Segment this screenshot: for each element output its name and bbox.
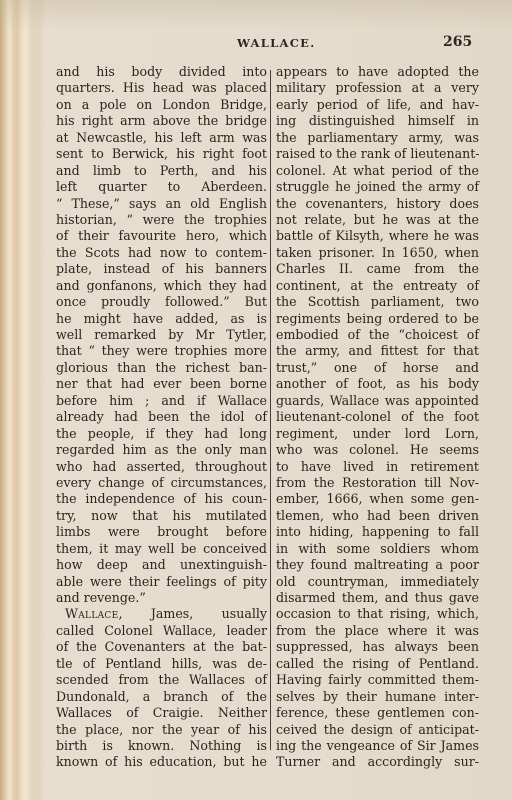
text-line: lieutenant-colonel of the foot [276, 409, 479, 425]
text-line: of the Covenanters at the bat- [56, 639, 267, 655]
text-line: disarmed them, and thus gave [276, 590, 479, 606]
text-line: taken prisoner. In 1650, when [276, 245, 479, 261]
text-line: from the place where it was [276, 623, 479, 639]
text-line: guards, Wallace was appointed [276, 393, 479, 409]
text-line: at Newcastle, his left arm was [56, 130, 267, 146]
text-line: left quarter to Aberdeen. [56, 179, 267, 195]
text-line: his right arm above the bridge [56, 113, 267, 129]
text-line: from the Restoration till Nov- [276, 475, 479, 491]
text-line: to have lived in retirement [276, 459, 479, 475]
text-line: “ These,” says an old English [56, 196, 267, 212]
text-line: ference, these gentlemen con- [276, 705, 479, 721]
text-line: ceived the design of anticipat- [276, 722, 479, 738]
text-line: in with some soldiers whom [276, 541, 479, 557]
text-line: the place, nor the year of his [56, 722, 267, 738]
text-line: plate, instead of his banners [56, 261, 267, 277]
text-line: another of foot, as his body [276, 376, 479, 392]
page-top-shadow [0, 0, 512, 30]
text-line: scended from the Wallaces of [56, 672, 267, 688]
text-line: of their favourite hero, which [56, 228, 267, 244]
text-line: Having fairly committed them- [276, 672, 479, 688]
text-line: the independence of his coun- [56, 491, 267, 507]
text-line: selves by their humane inter- [276, 689, 479, 705]
text-line: before him ; and if Wallace [56, 393, 267, 409]
text-line: Turner and accordingly sur- [276, 754, 479, 770]
text-line: and his body divided into [56, 64, 267, 80]
entry-headword: Wallace [65, 606, 118, 621]
text-line: limbs were brought before [56, 524, 267, 540]
text-line: the army, and fittest for that [276, 343, 479, 359]
text-line: well remarked by Mr Tytler, [56, 327, 267, 343]
text-line: that “ they were trophies more [56, 343, 267, 359]
text-line: not relate, but he was at the [276, 212, 479, 228]
text-line: the parliamentary army, was [276, 130, 479, 146]
text-line: sent to Berwick, his right foot [56, 146, 267, 162]
text-line: them, it may well be conceived [56, 541, 267, 557]
text-line: ember, 1666, when some gen- [276, 491, 479, 507]
book-page: WALLACE. 265 and his body divided into q… [0, 0, 512, 800]
text-line: ing distinguished himself in [276, 113, 479, 129]
text-line: colonel. At what period of the [276, 163, 479, 179]
left-column: and his body divided into quarters. His … [56, 64, 267, 771]
text-line: ner that had ever been borne [56, 376, 267, 392]
running-head: WALLACE. 265 [0, 36, 512, 54]
text-line: on a pole on London Bridge, [56, 97, 267, 113]
text-line: they found maltreating a poor [276, 557, 479, 573]
text-line: and revenge.” [56, 590, 267, 606]
text-line: old countryman, immediately [276, 574, 479, 590]
text-line: continent, at the entreaty of [276, 278, 479, 294]
text-line: tle of Pentland hills, was de- [56, 656, 267, 672]
page-gutter [0, 0, 48, 800]
text-line: already had been the idol of [56, 409, 267, 425]
text-line: how deep and unextinguish- [56, 557, 267, 573]
text-line: the covenanters, history does [276, 196, 479, 212]
text-line: regiment, under lord Lorn, [276, 426, 479, 442]
text-line: into hiding, happening to fall [276, 524, 479, 540]
text-line: regiments being ordered to be [276, 311, 479, 327]
text-line: birth is known. Nothing is [56, 738, 267, 754]
text-line: called the rising of Pentland. [276, 656, 479, 672]
text-line: every change of circumstances, [56, 475, 267, 491]
text-line: raised to the rank of lieutenant- [276, 146, 479, 162]
text-line: the Scots had now to contem- [56, 245, 267, 261]
text-line: who was colonel. He seems [276, 442, 479, 458]
text-line: who had asserted, throughout [56, 459, 267, 475]
text-line: and gonfanons, which they had [56, 278, 267, 294]
text-line: the Scottish parliament, two [276, 294, 479, 310]
text-line: suppressed, has always been [276, 639, 479, 655]
text-line: trust,” one of horse and [276, 360, 479, 376]
text-line: struggle he joined the army of [276, 179, 479, 195]
text-line: appears to have adopted the [276, 64, 479, 80]
text-line: military profession at a very [276, 80, 479, 96]
text-line: Wallaces of Craigie. Neither [56, 705, 267, 721]
text-line: early period of life, and hav- [276, 97, 479, 113]
text-line: quarters. His head was placed [56, 80, 267, 96]
text-line: he might have added, as is [56, 311, 267, 327]
text-line: embodied of the “choicest of [276, 327, 479, 343]
text-line: and limb to Perth, and his [56, 163, 267, 179]
text-line: ing the vengeance of Sir James [276, 738, 479, 754]
entry-heading-rest: , James, usually [118, 606, 267, 621]
text-line: once proudly followed.” But [56, 294, 267, 310]
text-line: known of his education, but he [56, 754, 267, 770]
column-divider [270, 70, 271, 750]
right-column: appears to have adopted the military pro… [276, 64, 479, 771]
page-number: 265 [443, 34, 472, 50]
text-line: tlemen, who had been driven [276, 508, 479, 524]
text-line: glorious than the richest ban- [56, 360, 267, 376]
text-line: occasion to that rising, which, [276, 606, 479, 622]
text-line: able were their feelings of pity [56, 574, 267, 590]
text-line: called Colonel Wallace, leader [56, 623, 267, 639]
text-line: Dundonald, a branch of the [56, 689, 267, 705]
text-line: regarded him as the only man [56, 442, 267, 458]
entry-heading-line: Wallace, James, usually [56, 606, 267, 622]
text-line: Charles II. came from the [276, 261, 479, 277]
text-line: the people, if they had long [56, 426, 267, 442]
text-line: historian, “ were the trophies [56, 212, 267, 228]
text-line: try, now that his mutilated [56, 508, 267, 524]
running-head-title: WALLACE. [237, 36, 316, 50]
text-line: battle of Kilsyth, where he was [276, 228, 479, 244]
